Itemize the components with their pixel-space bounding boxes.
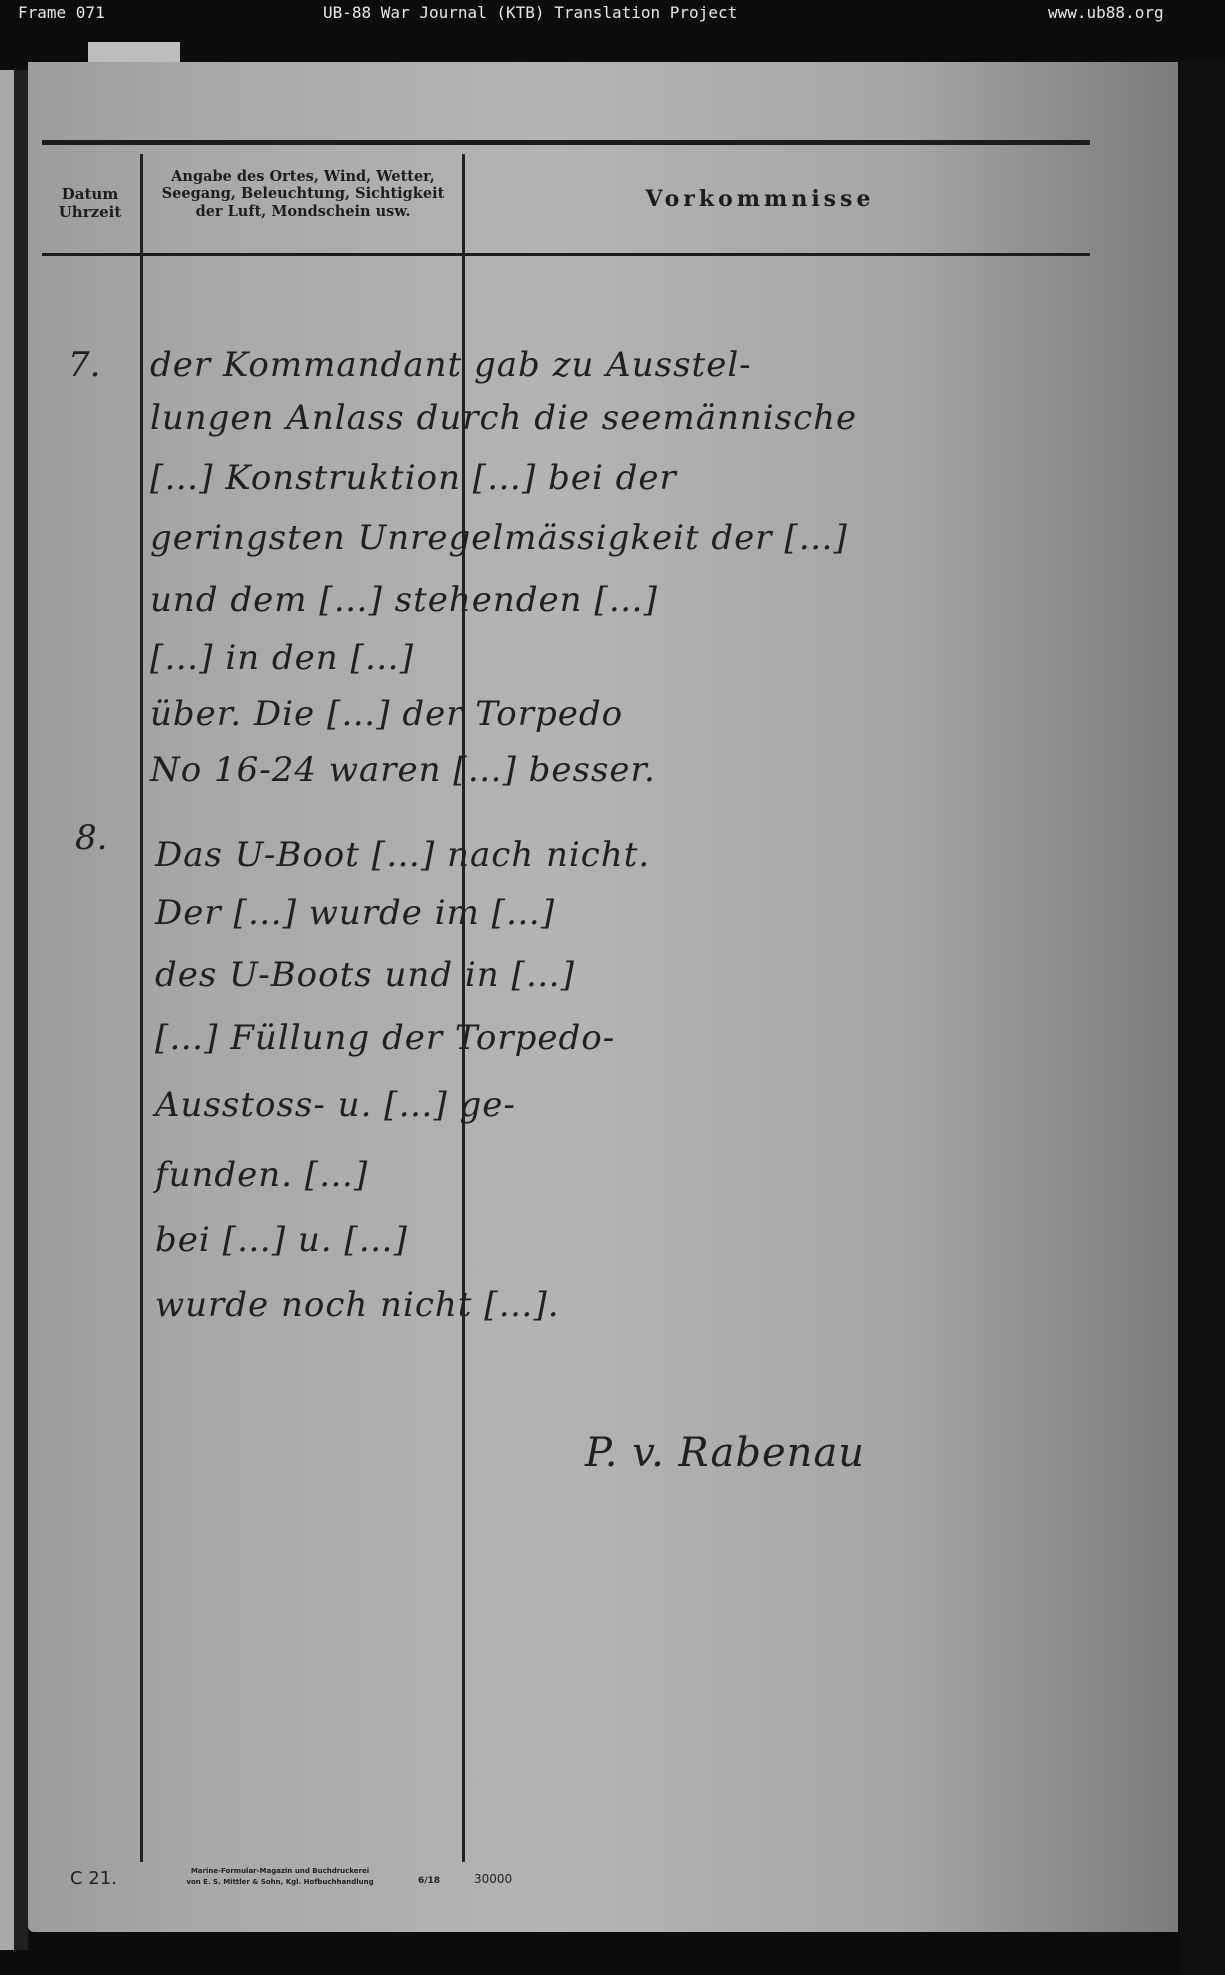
entry-line: und dem […] stehenden […] xyxy=(150,580,658,620)
adjacent-page-edge xyxy=(0,70,14,1950)
print-run-count: 30000 xyxy=(474,1872,512,1886)
printer-imprint-line2: von E. S. Mittler & Sohn, Kgl. Hofbuchha… xyxy=(150,1878,410,1886)
entry-line: […] Füllung der Torpedo- xyxy=(155,1018,615,1058)
print-mark: 6/18 xyxy=(418,1876,440,1886)
entry-line: funden. […] xyxy=(155,1155,368,1195)
entry-line: bei […] u. […] xyxy=(155,1220,408,1260)
journal-page xyxy=(28,62,1188,1932)
entry-line: Das U-Boot […] nach nicht. xyxy=(155,835,650,875)
entry-line: der Kommandant gab zu Ausstel- xyxy=(150,345,752,385)
entry-date: 8. xyxy=(75,818,107,858)
entry-line: Der […] wurde im […] xyxy=(155,893,555,933)
form-code: C 21. xyxy=(70,1868,117,1889)
header-top-rule xyxy=(42,140,1090,145)
project-title: UB-88 War Journal (KTB) Translation Proj… xyxy=(323,3,737,22)
entry-line: des U-Boots und in […] xyxy=(155,955,575,995)
column-divider-1 xyxy=(140,154,143,1862)
signature: P. v. Rabenau xyxy=(585,1430,865,1476)
entry-line: geringsten Unregelmässigkeit der […] xyxy=(150,518,848,558)
header-location-weather: Angabe des Ortes, Wind, Wetter, Seegang,… xyxy=(148,168,458,220)
header-events: Vorkommnisse xyxy=(560,186,960,212)
entry-line: […] in den […] xyxy=(150,638,414,678)
entry-line: lungen Anlass durch die seemännische xyxy=(150,398,857,438)
binder-tab xyxy=(88,42,180,64)
header-date-time: Datum Uhrzeit xyxy=(50,185,130,221)
top-caption-bar: Frame 071 UB-88 War Journal (KTB) Transl… xyxy=(0,0,1225,28)
entry-line: über. Die […] der Torpedo xyxy=(150,694,623,734)
entry-date: 7. xyxy=(68,345,100,385)
entry-line: […] Konstruktion […] bei der xyxy=(150,458,677,498)
header-bottom-rule xyxy=(42,253,1090,256)
website-url: www.ub88.org xyxy=(1048,3,1164,22)
entry-line: Ausstoss- u. […] ge- xyxy=(155,1085,516,1125)
entry-line: wurde noch nicht […]. xyxy=(155,1285,560,1325)
entry-line: No 16-24 waren […] besser. xyxy=(150,750,656,790)
printer-imprint-line1: Marine-Formular-Magazin und Buchdruckere… xyxy=(150,1867,410,1875)
page-gutter-shadow xyxy=(14,70,28,1950)
scan-border-right xyxy=(1178,62,1225,1975)
frame-number: Frame 071 xyxy=(18,3,105,22)
